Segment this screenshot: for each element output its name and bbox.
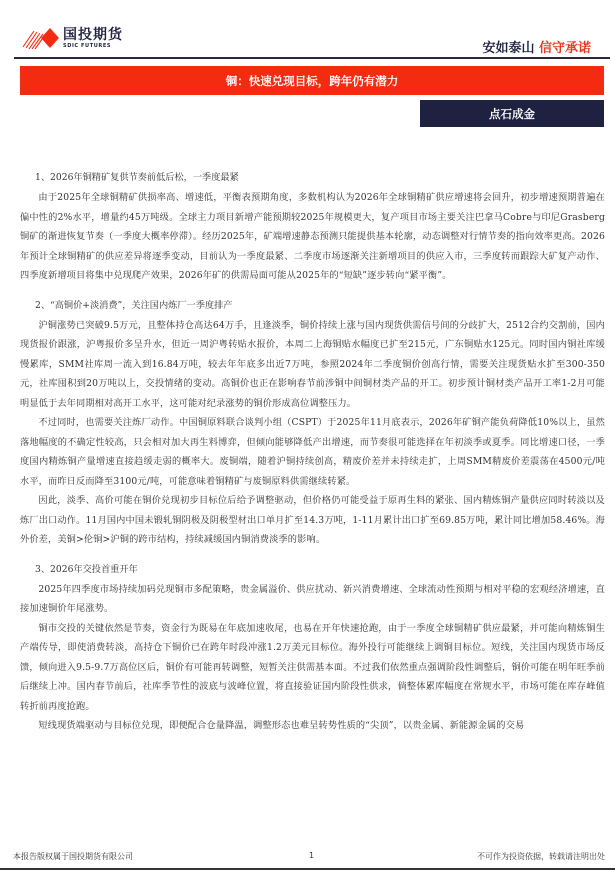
paragraph: 短线现货端驱动与目标位兑现，即便配合仓量降温，调整形态也难呈转势性质的“尖顶”，… <box>15 716 605 736</box>
slogan-red: 信守承诺 <box>539 41 591 56</box>
report-title: 铜：快速兑现目标，跨年仍有潜力 <box>226 73 399 89</box>
paragraph: 铜市交投的关键依然是节奏，资金行为既易在年底加速收尾，也易在开年快速抢跑，由于一… <box>15 619 605 717</box>
paragraph: 因此，淡季、高价可能在铜价兑现初步目标位后给予调整驱动，但价格仍可能受益于原再生… <box>15 491 605 550</box>
column-tag: 点石成金 <box>420 100 604 127</box>
footer-copyright: 本报告版权属于国投期货有限公司 <box>13 851 133 862</box>
sdic-logo-icon <box>22 27 60 49</box>
section-heading: 1、2026年铜精矿复供节奏前低后松，一季度最紧 <box>15 168 605 188</box>
paragraph: 不过同时，也需要关注炼厂动作。中国铜原料联合谈判小组（CSPT）于2025年11… <box>15 413 605 491</box>
column-tag-label: 点石成金 <box>489 106 535 122</box>
page-footer: 本报告版权属于国投期货有限公司 1 不可作为投资依据，转载请注明出处 <box>0 848 615 866</box>
paragraph: 2025年四季度市场持续加码兑现铜市多配策略，贵金属溢价、供应扰动、新兴消费增速… <box>15 580 605 619</box>
header-divider <box>14 57 610 59</box>
slogan-dark: 安如泰山 <box>482 41 534 56</box>
page-header: 国投期货 SDIC FUTURES 安如泰山 信守承诺 <box>0 0 615 60</box>
paragraph: 沪铜涨势已突破9.5万元，且整体持仓高达64万手，且逢淡季，铜价持续上涨与国内现… <box>15 316 605 414</box>
section-heading: 3、2026年交投首重开年 <box>15 560 605 580</box>
company-logo: 国投期货 SDIC FUTURES <box>22 27 123 49</box>
footer-disclaimer: 不可作为投资依据，转载请注明出处 <box>477 851 605 862</box>
section-heading: 2、“高铜价+淡消费”，关注国内炼厂一季度排产 <box>15 296 605 316</box>
logo-english-text: SDIC FUTURES <box>63 43 123 49</box>
page-number: 1 <box>309 851 314 860</box>
report-body: 1、2026年铜精矿复供节奏前低后松，一季度最紧 由于2025年全球铜精矿供损率… <box>15 168 605 736</box>
logo-chinese-text: 国投期货 <box>63 28 123 43</box>
header-slogan: 安如泰山 信守承诺 <box>482 37 591 56</box>
paragraph: 由于2025年全球铜精矿供损率高、增速低，平衡表预期角度，多数机构认为2026年… <box>15 188 605 286</box>
report-title-bar: 铜：快速兑现目标，跨年仍有潜力 <box>20 66 604 95</box>
